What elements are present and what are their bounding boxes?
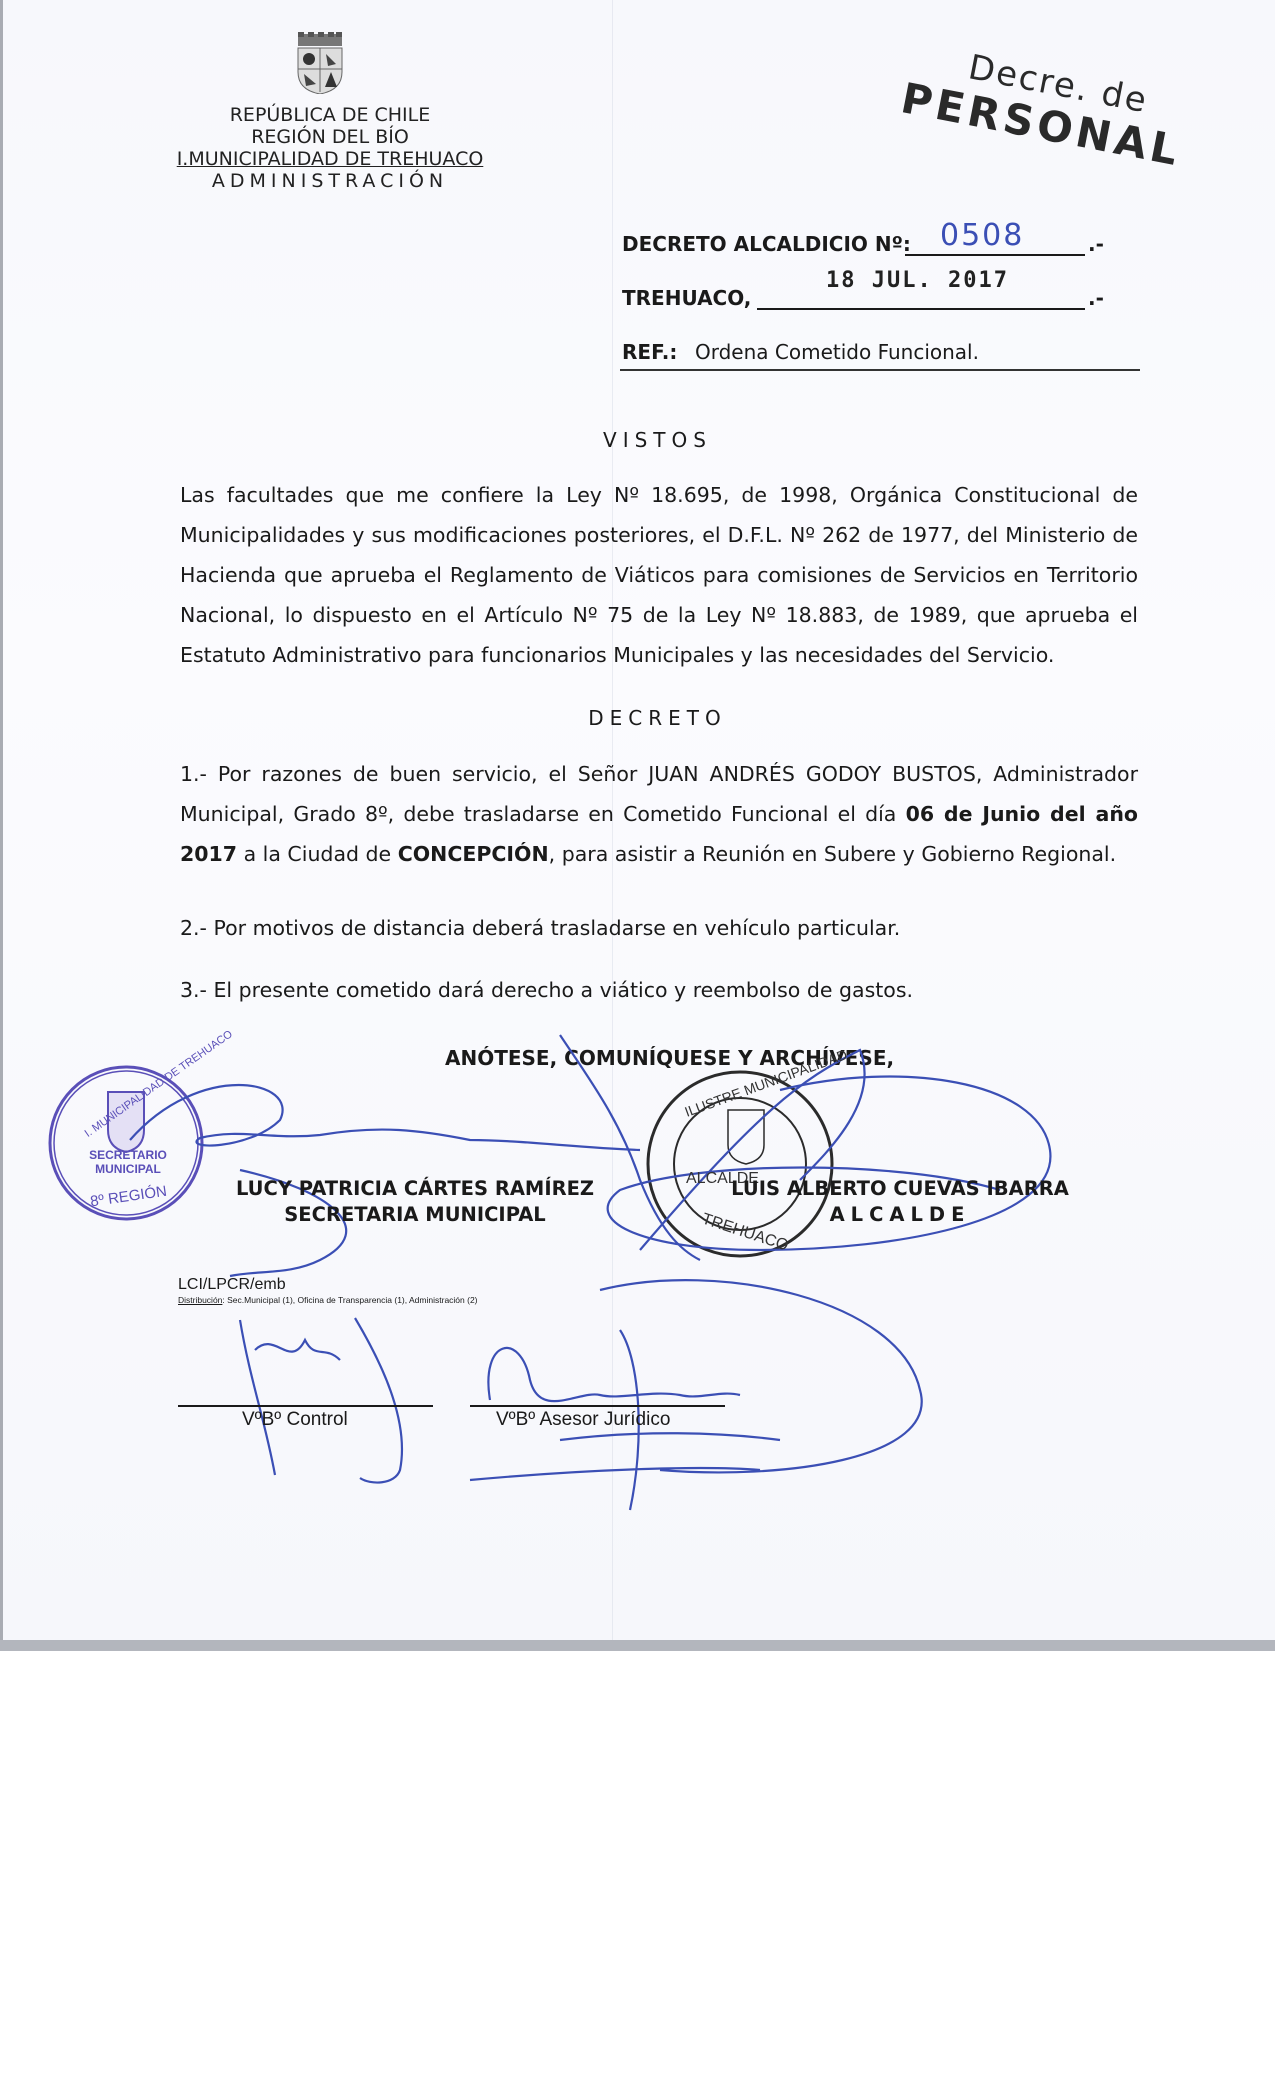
distribution-list: Distribución: Sec.Municipal (1), Oficina… [178, 1295, 478, 1305]
decree-item-3: 3.- El presente cometido dará derecho a … [180, 978, 913, 1002]
vb-legal-line [470, 1405, 725, 1407]
scan-border-bottom [0, 1640, 1275, 1651]
ref-underline [620, 369, 1140, 371]
mayor-title: ALCALDE [705, 1202, 1095, 1228]
vb-control-line [178, 1405, 433, 1407]
decree-number-handwritten: 0508 [940, 218, 1024, 253]
secretary-signature-block: LUCY PATRICIA CÁRTES RAMÍREZ SECRETARIA … [215, 1176, 615, 1228]
distribution-text: : Sec.Municipal (1), Oficina de Transpar… [222, 1295, 477, 1305]
scan-border-left [0, 0, 3, 1648]
vb-control-label: VºBº Control [242, 1409, 348, 1431]
secretary-name: LUCY PATRICIA CÁRTES RAMÍREZ [215, 1176, 615, 1202]
date-suffix: .- [1088, 286, 1104, 310]
seal-line-2: MUNICIPAL [68, 1162, 188, 1176]
date-line [757, 308, 1085, 310]
vb-legal-label: VºBº Asesor Jurídico [496, 1409, 670, 1431]
item1-city: CONCEPCIÓN [398, 842, 549, 866]
mayor-signature-block: LUIS ALBERTO CUEVAS IBARRA ALCALDE [705, 1176, 1095, 1228]
header-department: ADMINISTRACIÓN [160, 170, 500, 192]
item1-text-b: a la Ciudad de [237, 842, 398, 866]
decree-date-stamp: 18 JUL. 2017 [826, 268, 1009, 293]
vistos-paragraph: Las facultades que me confiere la Ley Nº… [180, 475, 1138, 675]
place-label: TREHUACO, [622, 286, 751, 310]
header-municipality: I.MUNICIPALIDAD DE TREHUACO [160, 148, 500, 170]
typist-initials: LCI/LPCR/emb [178, 1276, 286, 1294]
item1-text-c: , para asistir a Reunión en Subere y Gob… [549, 842, 1116, 866]
ref-label: REF.: [622, 340, 677, 364]
decree-number-suffix: .- [1088, 232, 1104, 256]
decree-number-line [905, 254, 1085, 256]
decree-item-2: 2.- Por motivos de distancia deberá tras… [180, 916, 900, 940]
header-region: REGIÓN DEL BÍO [160, 126, 500, 148]
secretary-seal-text: SECRETARIO MUNICIPAL [68, 1148, 188, 1176]
vistos-heading: VISTOS [170, 428, 1145, 452]
secretary-title: SECRETARIA MUNICIPAL [215, 1202, 615, 1228]
decree-number-label: DECRETO ALCALDICIO Nº: [622, 232, 911, 256]
ref-value: Ordena Cometido Funcional. [695, 340, 979, 364]
coat-of-arms-icon [292, 32, 348, 94]
header-country: REPÚBLICA DE CHILE [160, 104, 500, 126]
seal-line-1: SECRETARIO [68, 1148, 188, 1162]
decree-item-1: 1.- Por razones de buen servicio, el Señ… [180, 754, 1138, 874]
decreto-heading: DECRETO [170, 706, 1145, 730]
mayor-name: LUIS ALBERTO CUEVAS IBARRA [705, 1176, 1095, 1202]
distribution-label: Distribución [178, 1295, 222, 1305]
